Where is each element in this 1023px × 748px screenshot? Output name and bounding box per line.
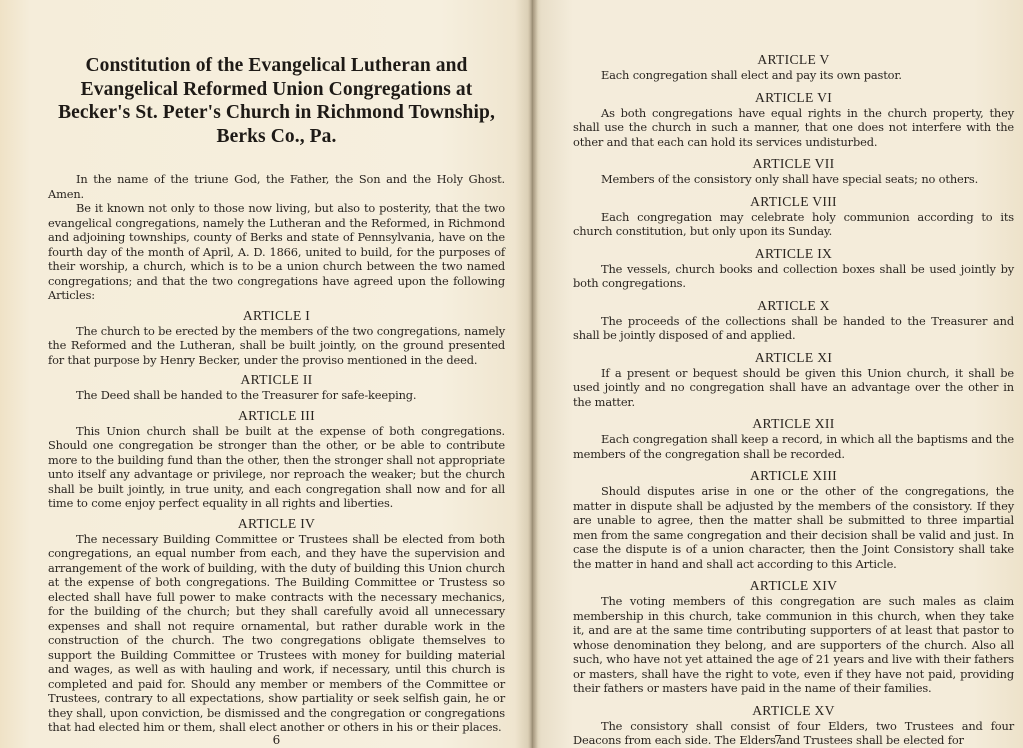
article-heading: ARTICLE XII	[573, 416, 1014, 431]
book-gutter	[528, 0, 538, 748]
article-heading: ARTICLE VIII	[573, 194, 1014, 209]
article-heading: ARTICLE III	[48, 408, 505, 423]
article-text: The necessary Building Committee or Trus…	[48, 532, 505, 735]
right-page: ARTICLE V Each congregation shall elect …	[533, 0, 1023, 748]
article-text: As both congregations have equal rights …	[573, 106, 1014, 150]
article-heading: ARTICLE XIII	[573, 468, 1014, 483]
book-spread: Constitution of the Evangelical Lutheran…	[0, 0, 1023, 748]
article-text: Each congregation shall keep a record, i…	[573, 432, 1014, 461]
article-text: If a present or bequest should be given …	[573, 366, 1014, 410]
intro-paragraph: In the name of the triune God, the Fathe…	[48, 172, 505, 201]
article-heading: ARTICLE X	[573, 298, 1014, 313]
article-heading: ARTICLE II	[48, 372, 505, 387]
article-text: This Union church shall be built at the …	[48, 424, 505, 511]
article-heading: ARTICLE I	[48, 308, 505, 323]
article-text: Members of the consistory only shall hav…	[573, 172, 1014, 187]
article-heading: ARTICLE XV	[573, 703, 1014, 718]
article-heading: ARTICLE XIV	[573, 578, 1014, 593]
article-heading: ARTICLE IX	[573, 246, 1014, 261]
article-text: The voting members of this congregation …	[573, 594, 1014, 696]
article-heading: ARTICLE VI	[573, 90, 1014, 105]
article-heading: ARTICLE XI	[573, 350, 1014, 365]
articles-section: ARTICLE V Each congregation shall elect …	[573, 52, 1014, 748]
article-heading: ARTICLE IV	[48, 516, 505, 531]
intro-paragraph: Be it known not only to those now living…	[48, 201, 505, 303]
article-text: The proceeds of the collections shall be…	[573, 314, 1014, 343]
article-text: Each congregation shall elect and pay it…	[573, 68, 1014, 83]
left-page: Constitution of the Evangelical Lutheran…	[0, 0, 533, 748]
document-title: Constitution of the Evangelical Lutheran…	[48, 54, 505, 148]
article-text: The Deed shall be handed to the Treasure…	[48, 388, 505, 403]
article-heading: ARTICLE V	[573, 52, 1014, 67]
intro-section: In the name of the triune God, the Fathe…	[48, 172, 505, 735]
article-text: Should disputes arise in one or the othe…	[573, 484, 1014, 571]
article-text: Each congregation may celebrate holy com…	[573, 210, 1014, 239]
article-text: The vessels, church books and collection…	[573, 262, 1014, 291]
page-number: 6	[0, 733, 533, 747]
article-heading: ARTICLE VII	[573, 156, 1014, 171]
article-text: The church to be erected by the members …	[48, 324, 505, 368]
page-number: 7	[533, 733, 1023, 747]
